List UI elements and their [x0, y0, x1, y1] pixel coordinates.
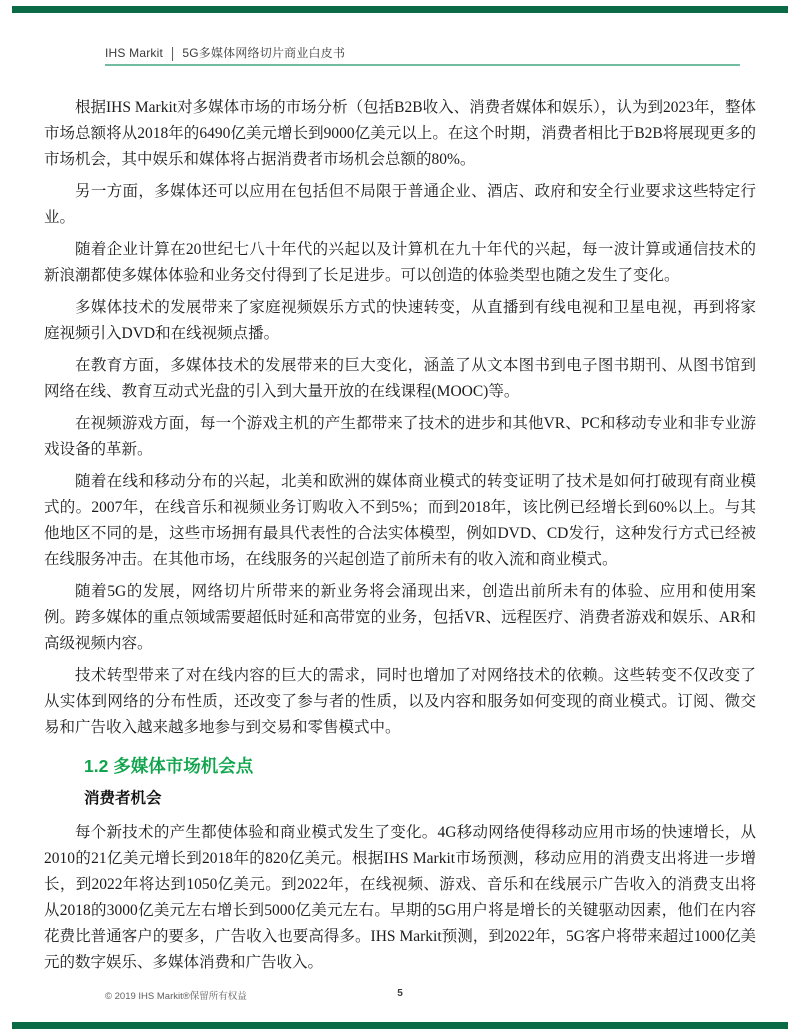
paragraph: 在教育方面，多媒体技术的发展带来的巨大变化，涵盖了从文本图书到电子图书期刊、从图…: [44, 353, 756, 405]
page-number: 5: [397, 988, 403, 999]
paragraph: 根据IHS Markit对多媒体市场的市场分析（包括B2B收入、消费者媒体和娱乐…: [44, 95, 756, 173]
subsection-heading: 消费者机会: [84, 786, 756, 808]
page-header: IHS Markit|5G多媒体网络切片商业白皮书: [105, 44, 740, 61]
paragraph: 技术转型带来了对在线内容的巨大的需求，同时也增加了对网络技术的依赖。这些转变不仅…: [44, 663, 756, 741]
header-divider: |: [171, 44, 174, 62]
document-page: IHS Markit|5G多媒体网络切片商业白皮书 根据IHS Markit对多…: [0, 0, 800, 1035]
paragraph: 随着企业计算在20世纪七八十年代的兴起以及计算机在九十年代的兴起，每一波计算或通…: [44, 237, 756, 289]
brand-text: IHS Markit: [105, 46, 163, 60]
top-green-band: [12, 6, 788, 13]
paragraph: 随着在线和移动分布的兴起，北美和欧洲的媒体商业模式的转变证明了技术是如何打破现有…: [44, 469, 756, 573]
paragraph: 每个新技术的产生都使体验和商业模式发生了变化。4G移动网络使得移动应用市场的快速…: [44, 820, 756, 976]
page-footer: © 2019 IHS Markit®保留所有权益 5: [0, 988, 800, 1002]
paragraph: 随着5G的发展，网络切片所带来的新业务将会涌现出来，创造出前所未有的体验、应用和…: [44, 579, 756, 657]
paragraph: 另一方面，多媒体还可以应用在包括但不局限于普通企业、酒店、政府和安全行业要求这些…: [44, 179, 756, 231]
section-heading: 1.2 多媒体市场机会点: [84, 753, 756, 778]
paragraph: 多媒体技术的发展带来了家庭视频娱乐方式的快速转变，从直播到有线电视和卫星电视，再…: [44, 295, 756, 347]
header-rule: [105, 64, 740, 66]
paragraph: 在视频游戏方面，每一个游戏主机的产生都带来了技术的进步和其他VR、PC和移动专业…: [44, 411, 756, 463]
bottom-green-band: [12, 1022, 788, 1029]
copyright-text: © 2019 IHS Markit®保留所有权益: [105, 988, 247, 1002]
body-content: 根据IHS Markit对多媒体市场的市场分析（包括B2B收入、消费者媒体和娱乐…: [44, 95, 756, 976]
document-title: 5G多媒体网络切片商业白皮书: [182, 46, 345, 60]
